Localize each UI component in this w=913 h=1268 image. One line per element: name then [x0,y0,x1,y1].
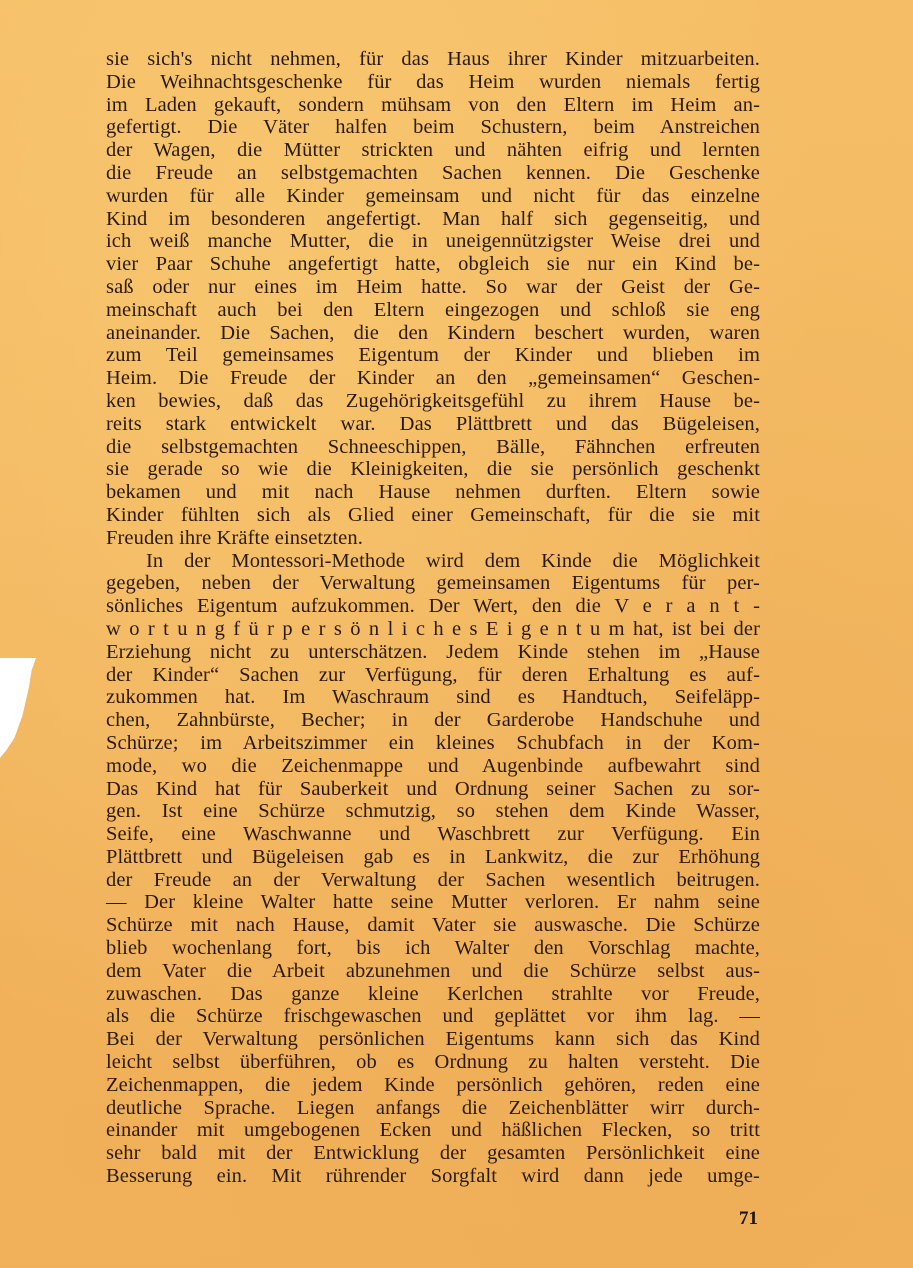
text-line: w o r t u n g f ü r p e r s ö n l i c h … [106,618,760,641]
text-line: zukommen hat. Im Waschraum sind es Handt… [106,686,760,709]
torn-page-edge [0,658,36,758]
body-text: sie sich's nicht nehmen, für das Haus ih… [106,48,760,1188]
text-line: vier Paar Schuhe angefertigt hatte, obgl… [106,253,760,276]
text-line: deutliche Sprache. Liegen anfangs die Ze… [106,1097,760,1120]
text-line: zuwaschen. Das ganze kleine Kerlchen str… [106,983,760,1006]
text-line: chen, Zahnbürste, Becher; in der Gardero… [106,709,760,732]
text-line: reits stark entwickelt war. Das Plättbre… [106,413,760,436]
text-line: sehr bald mit der Entwicklung der gesamt… [106,1142,760,1165]
text-line: Kind im besonderen angefertigt. Man half… [106,208,760,231]
text-line: ken bewies, daß das Zugehörigkeitsgefühl… [106,390,760,413]
text-line: als die Schürze frischgewaschen und gepl… [106,1005,760,1028]
text-line: sie sich's nicht nehmen, für das Haus ih… [106,48,760,71]
text-line: der Wagen, die Mütter strickten und näht… [106,139,760,162]
text-line: Erziehung nicht zu unterschätzen. Jedem … [106,641,760,664]
text-line: Die Weihnachtsgeschenke für das Heim wur… [106,71,760,94]
page-number: 71 [739,1208,758,1230]
text-line: im Laden gekauft, sondern mühsam von den… [106,94,760,117]
text-line: Schürze mit nach Hause, damit Vater sie … [106,914,760,937]
text-line: — Der kleine Walter hatte seine Mutter v… [106,891,760,914]
text-line: der Freude an der Verwaltung der Sachen … [106,869,760,892]
text-line: Besserung ein. Mit rührender Sorgfalt wi… [106,1165,760,1188]
text-line: der Kinder“ Sachen zur Verfügung, für de… [106,664,760,687]
text-line: sie gerade so wie die Kleinigkeiten, die… [106,458,760,481]
scanned-book-page: sie sich's nicht nehmen, für das Haus ih… [0,0,913,1268]
text-line: Kinder fühlten sich als Glied einer Geme… [106,504,760,527]
text-line: Bei der Verwaltung persönlichen Eigentum… [106,1028,760,1051]
text-line: sönliches Eigentum aufzukommen. Der Wert… [106,595,760,618]
text-line: gegeben, neben der Verwaltung gemeinsame… [106,572,760,595]
text-line: einander mit umgebogenen Ecken und häßli… [106,1119,760,1142]
text-line: Schürze; im Arbeitszimmer ein kleines Sc… [106,732,760,755]
text-line: bekamen und mit nach Hause nehmen durfte… [106,481,760,504]
text-line: gen. Ist eine Schürze schmutzig, so steh… [106,800,760,823]
text-line: Plättbrett und Bügeleisen gab es in Lank… [106,846,760,869]
text-line: Seife, eine Waschwanne und Waschbrett zu… [106,823,760,846]
text-line: ich weiß manche Mutter, die in uneigennü… [106,230,760,253]
text-line: mode, wo die Zeichenmappe und Augenbinde… [106,755,760,778]
text-line: Heim. Die Freude der Kinder an den „geme… [106,367,760,390]
text-line: wurden für alle Kinder gemeinsam und nic… [106,185,760,208]
paragraph-end-line: Freuden ihre Kräfte einsetzten. [106,527,760,550]
text-line: Das Kind hat für Sauberkeit und Ordnung … [106,778,760,801]
text-line: saß oder nur eines im Heim hatte. So war… [106,276,760,299]
text-line: die Freude an selbstgemachten Sachen ken… [106,162,760,185]
text-line: zum Teil gemeinsames Eigentum der Kinder… [106,344,760,367]
text-line: Zeichenmappen, die jedem Kinde persönlic… [106,1074,760,1097]
text-line: gefertigt. Die Väter halfen beim Schuste… [106,116,760,139]
paragraph-start-line: In der Montessori-Methode wird dem Kinde… [106,550,760,573]
text-line: leicht selbst überführen, ob es Ordnung … [106,1051,760,1074]
text-line: meinschaft auch bei den Eltern eingezoge… [106,299,760,322]
text-line: aneinander. Die Sachen, die den Kindern … [106,322,760,345]
text-line: die selbstgemachten Schneeschippen, Bäll… [106,436,760,459]
text-line: dem Vater die Arbeit abzunehmen und die … [106,960,760,983]
text-line: blieb wochenlang fort, bis ich Walter de… [106,937,760,960]
